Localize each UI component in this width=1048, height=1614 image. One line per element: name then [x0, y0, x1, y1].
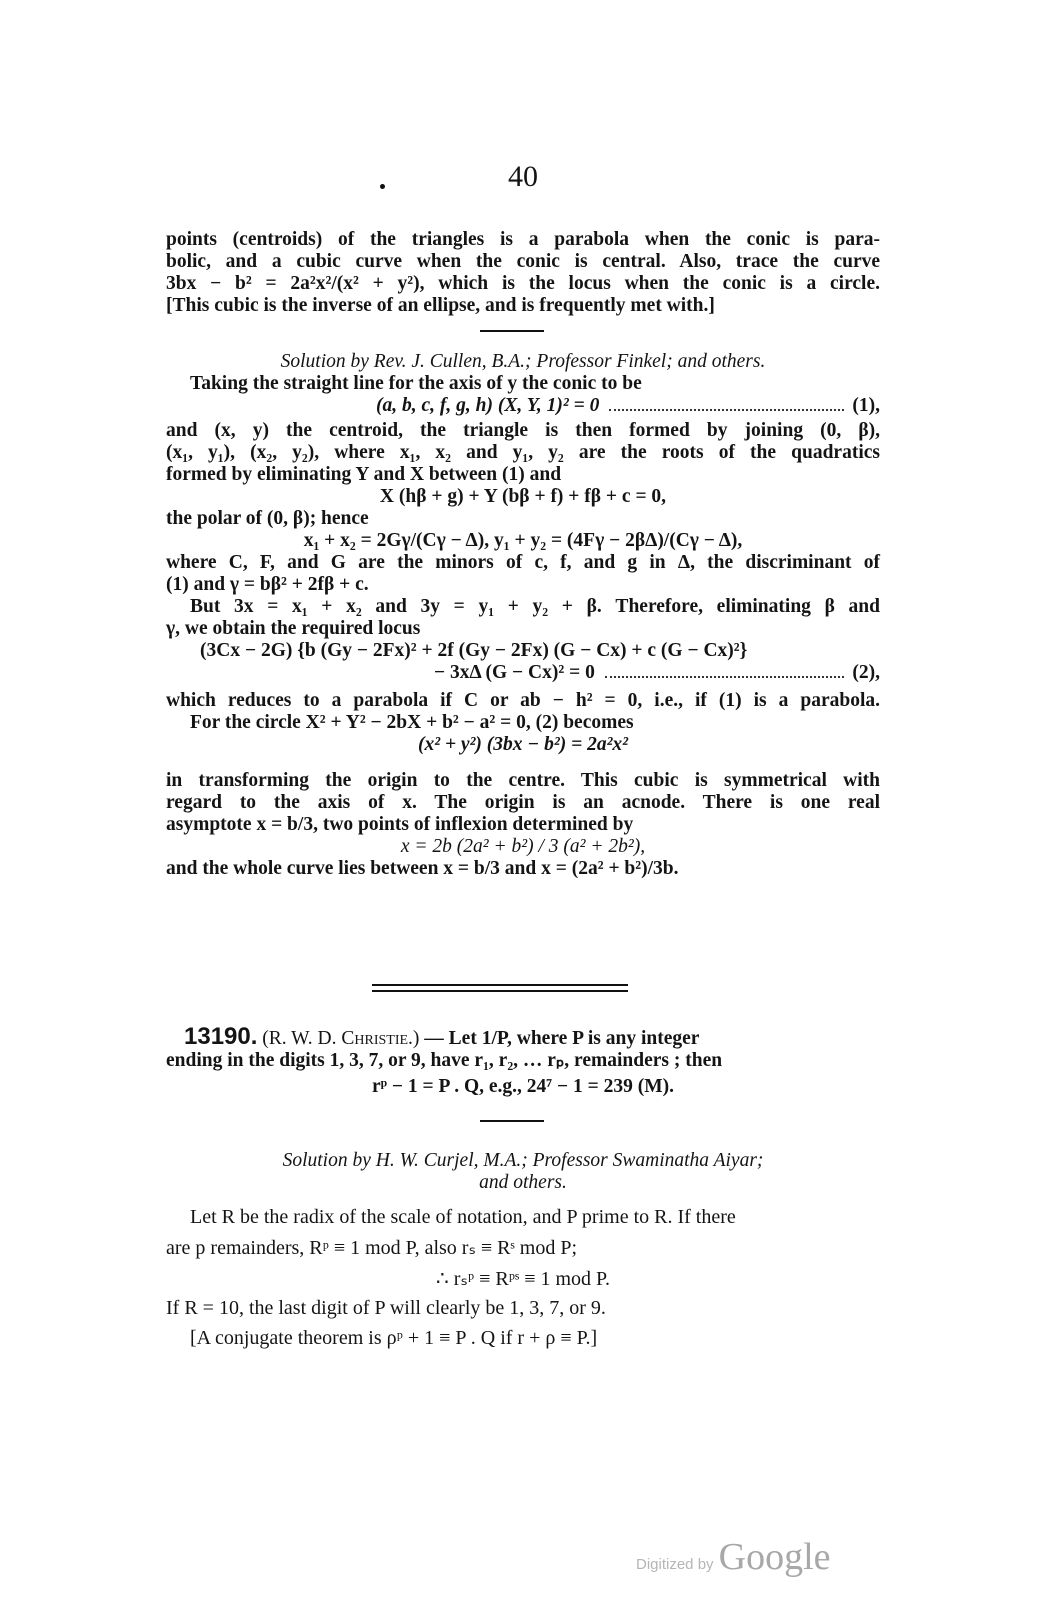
watermark-small-text: Digitized by	[636, 1556, 714, 1573]
text-line: where C, F, and G are the minors of c, f…	[166, 552, 880, 574]
equation-tag: (2),	[852, 662, 880, 684]
solution-byline: Solution by H. W. Curjel, M.A.; Professo…	[166, 1150, 880, 1172]
problem-continuation: points (centroids) of the triangles is a…	[166, 229, 880, 317]
text-line: Taking the straight line for the axis of…	[166, 373, 880, 395]
solution-byline-cont: and others.	[166, 1172, 880, 1194]
equation-2-line1: (3Cx − 2G) {b (Gy − 2Fx)² + 2f (Gy − 2Fx…	[166, 640, 880, 662]
equation-polar: X (hβ + g) + Y (bβ + f) + fβ + c = 0,	[166, 486, 880, 508]
problem-author: (R. W. D. Christie.)	[262, 1028, 419, 1049]
text-line: asymptote x = b/3, two points of inflexi…	[166, 814, 880, 836]
google-logo-text: Google	[719, 1536, 831, 1578]
text-line: which reduces to a parabola if C or ab −…	[166, 690, 880, 712]
text-line: the polar of (0, β); hence	[166, 508, 880, 530]
text-line: 3bx − b² = 2a²x²/(x² + y²), which is the…	[166, 273, 880, 295]
equation-expr: (a, b, c, f, g, h) (X, Y, 1)² = 0	[376, 395, 599, 417]
double-rule-bottom	[372, 990, 628, 992]
problem-equation: rᵖ − 1 = P . Q, e.g., 24⁷ − 1 = 239 (M).	[166, 1076, 880, 1098]
double-rule-top	[372, 984, 628, 986]
problem-heading: 13190. (R. W. D. Christie.) — Let 1/P, w…	[166, 1026, 880, 1050]
text-line: points (centroids) of the triangles is a…	[166, 229, 880, 251]
equation-tag: (1),	[852, 395, 880, 417]
text-line: Let R be the radix of the scale of notat…	[166, 1202, 880, 1232]
text-line: and (x, y) the centroid, the triangle is…	[166, 420, 880, 442]
text-line: ending in the digits 1, 3, 7, or 9, have…	[166, 1050, 880, 1072]
dot-leader	[609, 395, 844, 411]
text-line: formed by eliminating Y and X between (1…	[166, 464, 880, 486]
text-line: But 3x = x₁ + x₂ and 3y = y₁ + y₂ + β. T…	[166, 596, 880, 618]
scanned-page: 40 points (centroids) of the triangles i…	[0, 0, 1048, 1614]
text-line: bolic, and a cubic curve when the conic …	[166, 251, 880, 273]
solution-2: Solution by H. W. Curjel, M.A.; Professo…	[166, 1150, 880, 1354]
short-rule	[480, 1120, 544, 1122]
text-line: [This cubic is the inverse of an ellipse…	[166, 295, 880, 317]
text-line: regard to the axis of x. The origin is a…	[166, 792, 880, 814]
equation-inflexion: x = 2b (2a² + b²) / 3 (a² + 2b²),	[166, 836, 880, 858]
text-line: (x₁, y₁), (x₂, y₂), where x₁, x₂ and y₁,…	[166, 442, 880, 464]
solution-byline: Solution by Rev. J. Cullen, B.A.; Profes…	[166, 351, 880, 373]
equation-circle: (x² + y²) (3bx − b²) = 2a²x²	[166, 734, 880, 756]
dot-leader	[605, 662, 845, 678]
google-watermark: Digitized by Google	[636, 1535, 831, 1579]
page-number: 40	[508, 160, 538, 194]
equation-roots: x₁ + x₂ = 2Gγ/(Cγ − Δ), y₁ + y₂ = (4Fγ −…	[166, 530, 880, 552]
short-rule	[480, 330, 544, 332]
text-line: γ, we obtain the required locus	[166, 618, 880, 640]
equation-1: (a, b, c, f, g, h) (X, Y, 1)² = 0 (1),	[166, 395, 880, 417]
equation-expr: − 3xΔ (G − Cx)² = 0	[434, 662, 595, 684]
text-line: in transforming the origin to the centre…	[166, 770, 880, 792]
equation-2-line2: − 3xΔ (G − Cx)² = 0 (2),	[166, 662, 880, 684]
text-line: For the circle X² + Y² − 2bX + b² − a² =…	[166, 712, 880, 734]
problem-13190: 13190. (R. W. D. Christie.) — Let 1/P, w…	[166, 1026, 880, 1098]
text-line: If R = 10, the last digit of P will clea…	[166, 1294, 880, 1322]
equation-line: ∴ rₛᵖ ≡ Rᵖˢ ≡ 1 mod P.	[166, 1264, 880, 1294]
solution-1: Solution by Rev. J. Cullen, B.A.; Profes…	[166, 351, 880, 880]
text-line: and the whole curve lies between x = b/3…	[166, 858, 880, 880]
text-line: are p remainders, Rᵖ ≡ 1 mod P, also rₛ …	[166, 1232, 880, 1264]
stray-dot	[380, 184, 385, 189]
problem-number: 13190.	[184, 1023, 257, 1050]
text-line: [A conjugate theorem is ρᵖ + 1 ≡ P . Q i…	[166, 1322, 880, 1354]
text-line: (1) and γ = bβ² + 2fβ + c.	[166, 574, 880, 596]
problem-text: — Let 1/P, where P is any integer	[424, 1028, 699, 1049]
